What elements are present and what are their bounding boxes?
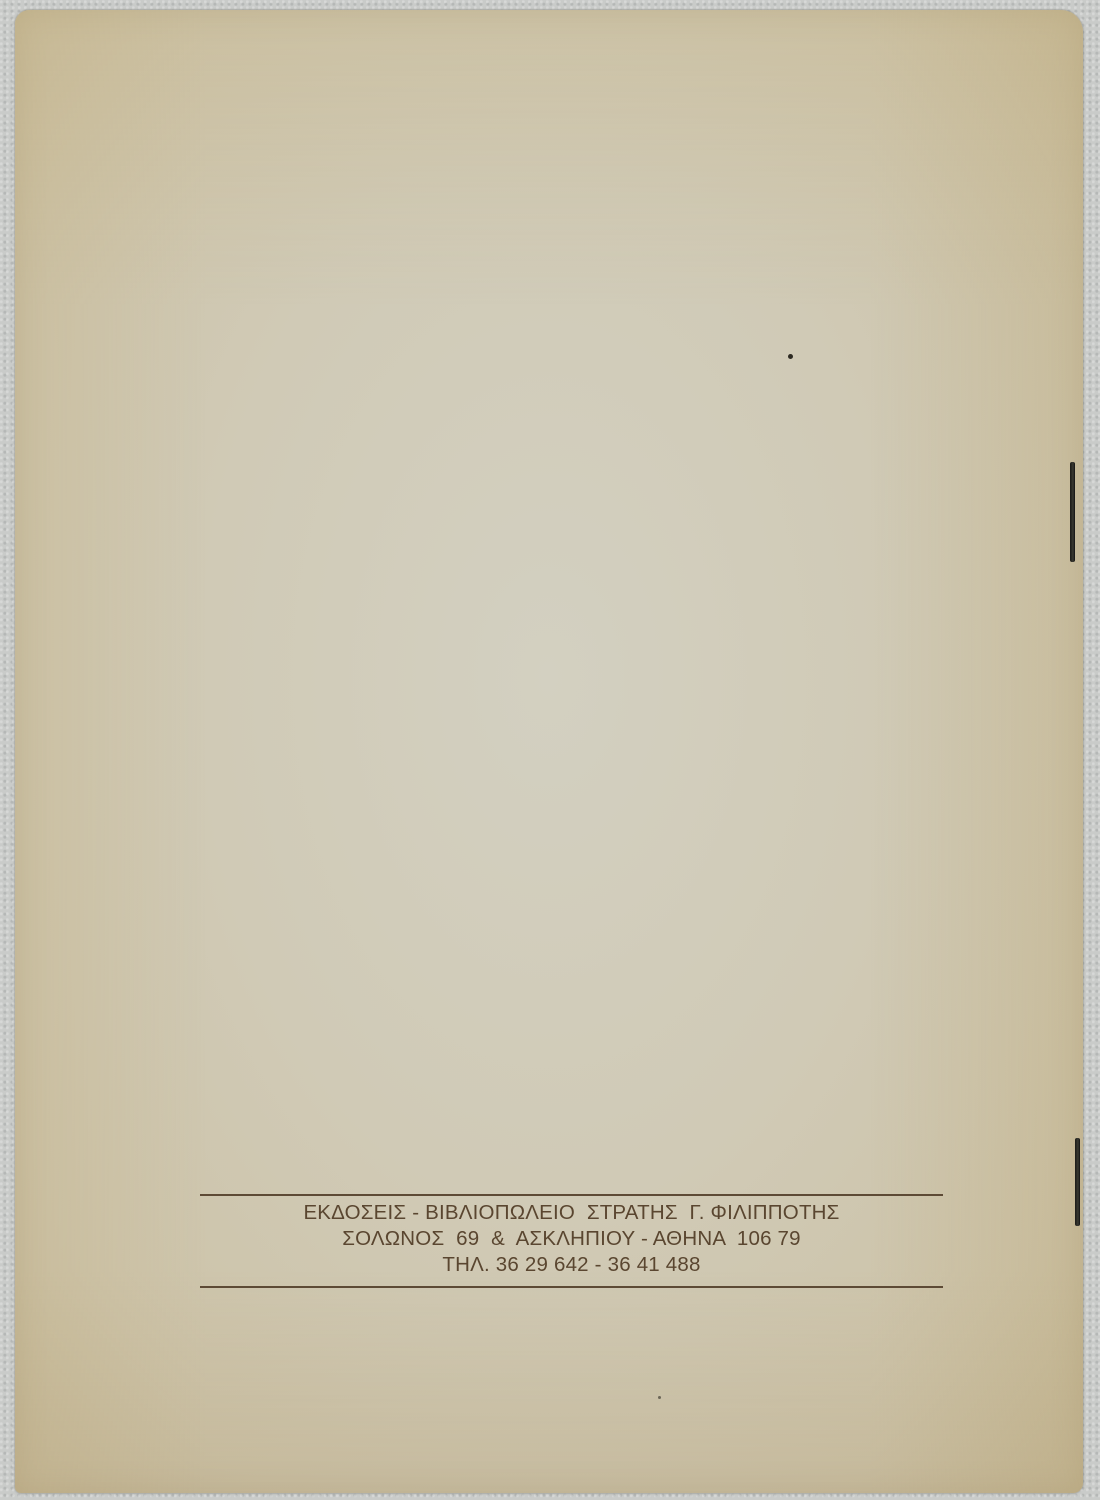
ink-speck	[788, 354, 793, 359]
publisher-phone: ΤΗΛ. 36 29 642 - 36 41 488	[200, 1252, 943, 1278]
publisher-address: ΣΟΛΩΝΟΣ 69 & ΑΣΚΛΗΠΙΟΥ - ΑΘΗΝΑ 106 79	[200, 1226, 943, 1252]
staple-top	[1070, 462, 1075, 562]
staple-bottom	[1075, 1138, 1080, 1226]
publisher-name: ΕΚΔΟΣΕΙΣ - ΒΙΒΛΙΟΠΩΛΕΙΟ ΣΤΡΑΤΗΣ Γ. ΦΙΛΙΠ…	[200, 1200, 943, 1226]
publisher-imprint: ΕΚΔΟΣΕΙΣ - ΒΙΒΛΙΟΠΩΛΕΙΟ ΣΤΡΑΤΗΣ Γ. ΦΙΛΙΠ…	[200, 1194, 943, 1288]
ink-speck	[658, 1396, 661, 1399]
